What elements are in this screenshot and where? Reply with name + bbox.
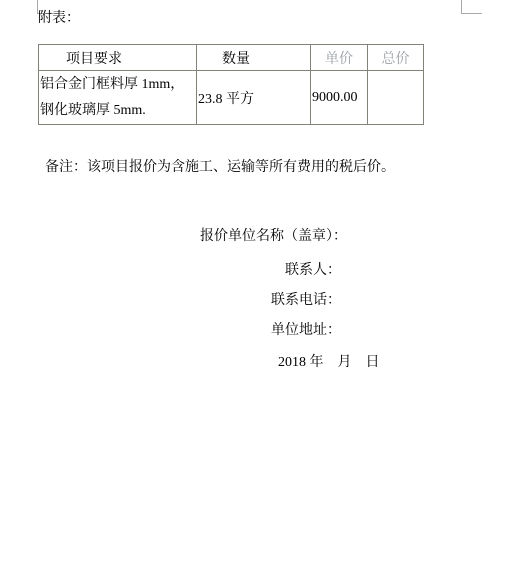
- cell-quantity: 23.8 平方: [197, 71, 311, 125]
- header-requirement: 项目要求: [39, 45, 197, 71]
- cell-requirement: 铝合金门框料厚 1mm，钢化玻璃厚 5mm.: [39, 71, 197, 125]
- company-address-label: 单位地址：: [271, 322, 341, 340]
- cell-total-price: [368, 71, 424, 125]
- page-margin-mark-right: [461, 0, 482, 14]
- attachment-label: 附表：: [38, 10, 80, 28]
- header-quantity: 数量: [197, 45, 311, 71]
- document-page: 附表： 项目要求 数量 单价 总价 铝合金门框料厚 1mm，钢化玻璃厚 5mm.…: [0, 0, 522, 581]
- company-seal-label: 报价单位名称（盖章）：: [200, 228, 347, 246]
- table-row: 铝合金门框料厚 1mm，钢化玻璃厚 5mm. 23.8 平方 9000.00: [39, 71, 424, 125]
- contact-person-label: 联系人：: [285, 262, 341, 280]
- quotation-table: 项目要求 数量 单价 总价 铝合金门框料厚 1mm，钢化玻璃厚 5mm. 23.…: [38, 44, 424, 125]
- table-header-row: 项目要求 数量 单价 总价: [39, 45, 424, 71]
- date-line: 2018 年 月 日: [278, 354, 380, 372]
- header-total-price: 总价: [368, 45, 424, 71]
- header-unit-price: 单价: [311, 45, 368, 71]
- note-line: 备注：该项目报价为含施工、运输等所有费用的税后价。: [45, 158, 395, 177]
- cell-unit-price: 9000.00: [311, 71, 368, 125]
- contact-phone-label: 联系电话：: [271, 292, 341, 310]
